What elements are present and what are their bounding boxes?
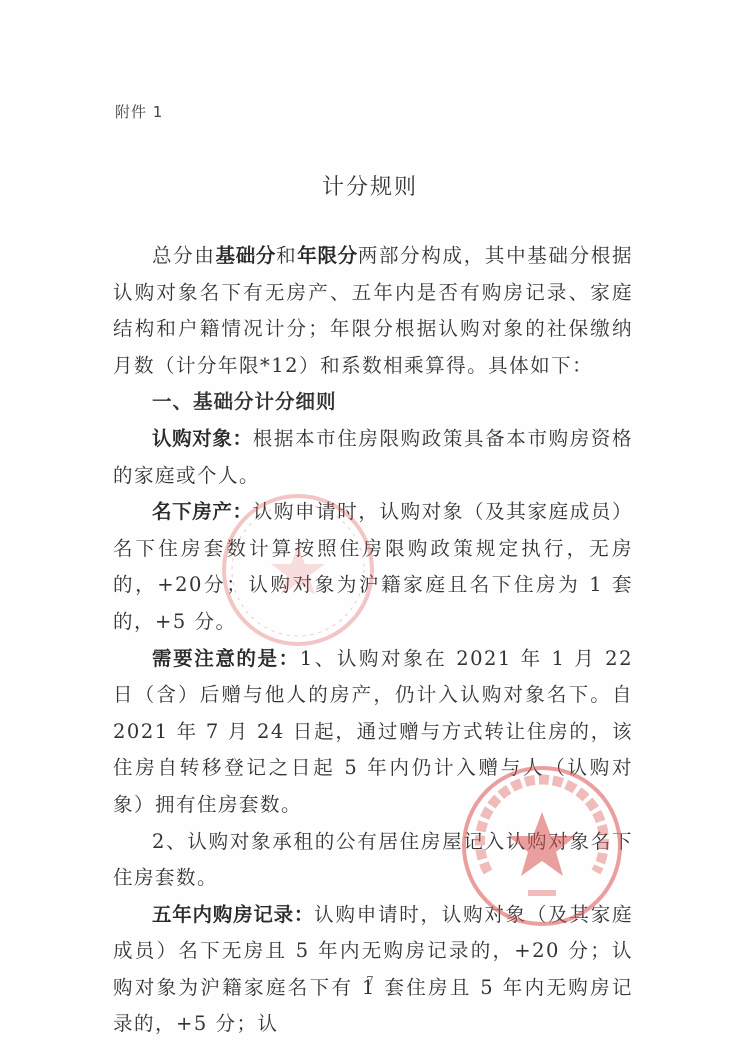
subscriber-paragraph: 认购对象：根据本市住房限购政策具备本市购房资格的家庭或个人。 [113, 421, 633, 494]
document-title: 计分规则 [0, 170, 740, 201]
document-body: 总分由基础分和年限分两部分构成，其中基础分根据认购对象名下有无房产、五年内是否有… [113, 238, 633, 1043]
note-paragraph: 需要注意的是：1、认购对象在 2021 年 1 月 22 日（含）后赠与他人的房… [113, 641, 633, 824]
intro-prefix: 总分由 [152, 244, 216, 267]
property-paragraph: 名下房产：认购申请时，认购对象（及其家庭成员）名下住房套数计算按照住房限购政策规… [113, 494, 633, 640]
note2-paragraph: 2、认购对象承租的公有居住房屋记入认购对象名下住房套数。 [113, 824, 633, 897]
section-heading-base-score: 一、基础分计分细则 [113, 384, 633, 421]
property-label: 名下房产： [152, 500, 253, 523]
note-label: 需要注意的是： [152, 647, 300, 670]
page-number: 7 [0, 974, 740, 988]
intro-bold-year-score: 年限分 [297, 244, 358, 267]
document-page: 附件 1 计分规则 总分由基础分和年限分两部分构成，其中基础分根据认购对象名下有… [0, 0, 740, 1046]
subscriber-label: 认购对象： [152, 427, 253, 450]
attachment-label: 附件 1 [115, 101, 163, 122]
intro-bold-base-score: 基础分 [216, 244, 277, 267]
note-text: 1、认购对象在 2021 年 1 月 22 日（含）后赠与他人的房产，仍计入认购… [113, 647, 633, 816]
intro-mid: 和 [276, 244, 297, 267]
intro-paragraph: 总分由基础分和年限分两部分构成，其中基础分根据认购对象名下有无房产、五年内是否有… [113, 238, 633, 384]
five-year-record-label: 五年内购房记录： [152, 903, 314, 926]
five-year-record-paragraph: 五年内购房记录：认购申请时，认购对象（及其家庭成员）名下无房且 5 年内无购房记… [113, 897, 633, 1043]
